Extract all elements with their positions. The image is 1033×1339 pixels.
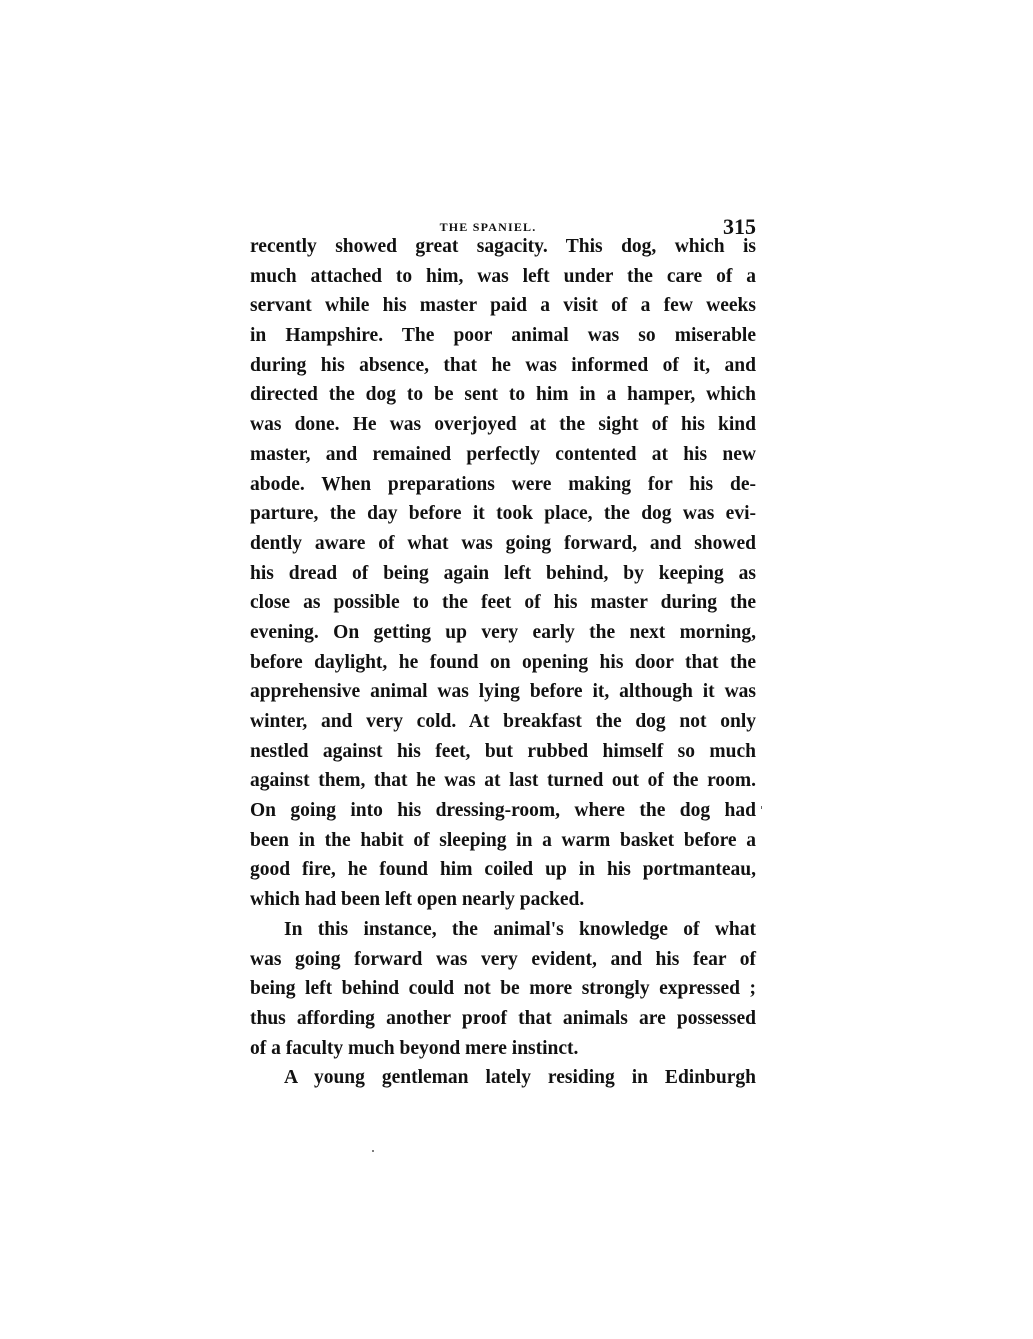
scan-artifact: [372, 1150, 374, 1152]
paragraph-start-line: A young gentleman lately residing in Edi…: [250, 1063, 756, 1093]
body-text: recently showed great sagacity. This dog…: [250, 232, 756, 1093]
text-line: dently aware of what was going forward, …: [250, 529, 756, 559]
text-line: good fire, he found him coiled up in his…: [250, 855, 756, 885]
text-line: thus affording another proof that animal…: [250, 1004, 756, 1034]
text-line: during his absence, that he was informed…: [250, 351, 756, 381]
text-line: master, and remained perfectly contented…: [250, 440, 756, 470]
text-line: recently showed great sagacity. This dog…: [250, 232, 756, 262]
paragraph-start-line: In this instance, the animal's knowledge…: [250, 915, 756, 945]
text-line: against them, that he was at last turned…: [250, 766, 756, 796]
text-line: On going into his dressing-room, where t…: [250, 796, 756, 826]
text-line: close as possible to the feet of his mas…: [250, 588, 756, 618]
text-line: parture, the day before it took place, t…: [250, 499, 756, 529]
book-page: THE SPANIEL. 315 recently showed great s…: [0, 0, 1033, 1339]
text-line: winter, and very cold. At breakfast the …: [250, 707, 756, 737]
text-line: was going forward was very evident, and …: [250, 945, 756, 975]
text-line: been in the habit of sleeping in a warm …: [250, 826, 756, 856]
scan-artifact: [761, 806, 762, 809]
paragraph-end-line: of a faculty much beyond mere instinct.: [250, 1034, 756, 1064]
text-line: in Hampshire. The poor animal was so mis…: [250, 321, 756, 351]
text-line: before daylight, he found on opening his…: [250, 648, 756, 678]
text-line: servant while his master paid a visit of…: [250, 291, 756, 321]
text-line: being left behind could not be more stro…: [250, 974, 756, 1004]
text-line: abode. When preparations were making for…: [250, 470, 756, 500]
text-line: much attached to him, was left under the…: [250, 262, 756, 292]
text-line: nestled against his feet, but rubbed him…: [250, 737, 756, 767]
text-line: apprehensive animal was lying before it,…: [250, 677, 756, 707]
text-line: his dread of being again left behind, by…: [250, 559, 756, 589]
paragraph-end-line: which had been left open nearly packed.: [250, 885, 756, 915]
text-line: evening. On getting up very early the ne…: [250, 618, 756, 648]
text-line: was done. He was overjoyed at the sight …: [250, 410, 756, 440]
text-line: directed the dog to be sent to him in a …: [250, 380, 756, 410]
